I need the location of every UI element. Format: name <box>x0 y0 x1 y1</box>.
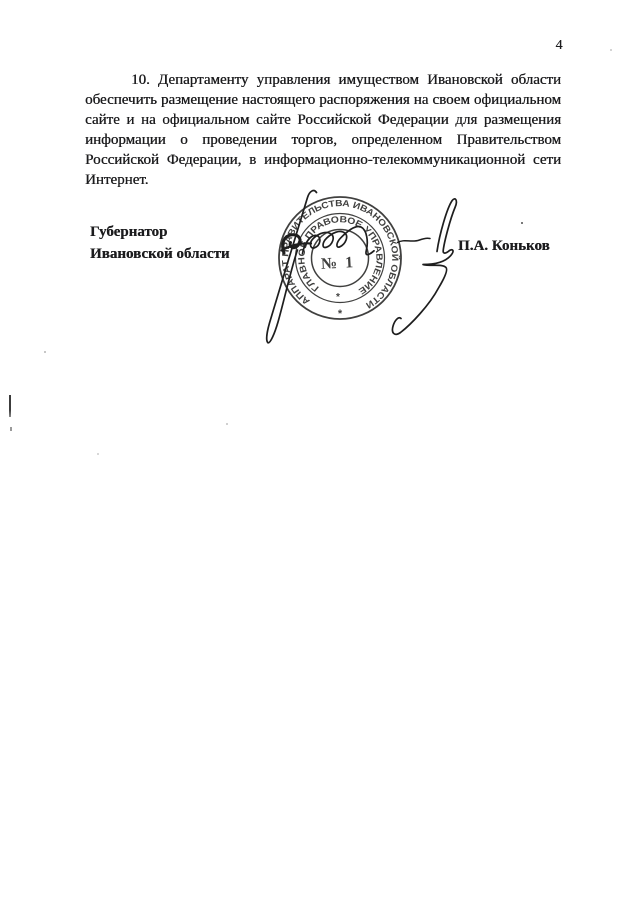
paragraph-line: информации о проведении торгов, определе… <box>85 130 561 150</box>
stamp-and-signature-overlay: АППАРАТ ПРАВИТЕЛЬСТВА ИВАНОВСКОЙ ОБЛАСТИ… <box>250 183 470 353</box>
scan-artifact-dot <box>610 49 612 51</box>
scan-artifact-speck <box>10 427 12 431</box>
page-number: 4 <box>549 38 569 54</box>
signatory-name: П.А. Коньков <box>458 238 550 255</box>
official-stamp: АППАРАТ ПРАВИТЕЛЬСТВА ИВАНОВСКОЙ ОБЛАСТИ… <box>279 197 401 320</box>
document-page: 4 10. Департаменту управления имуществом… <box>0 0 640 905</box>
signatory-title: Губернатор Ивановской области <box>90 221 230 265</box>
signature-connector-stroke <box>398 238 431 242</box>
handwritten-signature <box>267 191 457 343</box>
paragraph-line: 10. Департаменту управления имуществом И… <box>85 70 561 90</box>
scan-artifact-dot <box>97 453 99 455</box>
scan-artifact-dot <box>521 222 523 224</box>
paragraph-line: Российской Федерации, в информационно-те… <box>85 150 561 170</box>
paragraph-line: обеспечить размещение настоящего распоря… <box>85 90 561 110</box>
scan-artifact-line <box>9 395 11 417</box>
signature-right-loop <box>437 199 456 253</box>
stamp-inner-separator-star: * <box>336 292 340 303</box>
signatory-title-line1: Губернатор <box>90 221 230 243</box>
paragraph-line: сайте и на официальном сайте Российской … <box>85 110 561 130</box>
signatory-title-line2: Ивановской области <box>90 243 230 265</box>
stamp-number: № 1 <box>321 254 356 273</box>
stamp-outer-separator-star: * <box>338 308 343 320</box>
scan-artifact-dot <box>44 351 46 353</box>
body-paragraph: 10. Департаменту управления имуществом И… <box>85 70 561 190</box>
scan-artifact-dot <box>226 423 228 425</box>
